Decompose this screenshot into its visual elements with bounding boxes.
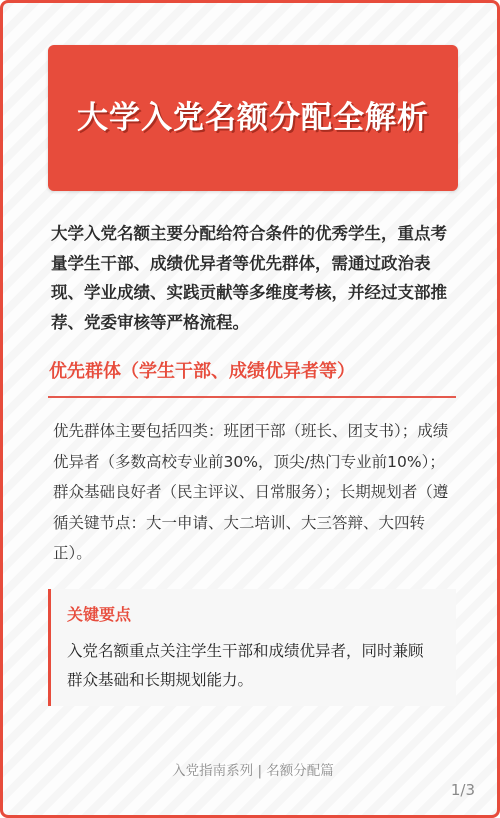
page-indicator: 1/3 <box>451 781 475 799</box>
section-divider <box>48 396 456 398</box>
page-title: 大学入党名额分配全解析 <box>63 93 443 143</box>
title-banner: 大学入党名额分配全解析 <box>48 45 458 191</box>
key-points-title: 关键要点 <box>67 603 438 627</box>
intro-paragraph: 大学入党名额主要分配给符合条件的优秀学生，重点考量学生干部、成绩优异者等优先群体… <box>51 219 459 337</box>
section-heading: 优先群体（学生干部、成绩优异者等） <box>49 359 457 385</box>
footer-series-label: 入党指南系列 | 名额分配篇 <box>3 759 500 779</box>
page-frame: 大学入党名额分配全解析 大学入党名额主要分配给符合条件的优秀学生，重点考量学生干… <box>0 0 500 818</box>
key-points-body: 入党名额重点关注学生干部和成绩优异者，同时兼顾群众基础和长期规划能力。 <box>67 637 438 695</box>
key-points-card: 关键要点 入党名额重点关注学生干部和成绩优异者，同时兼顾群众基础和长期规划能力。 <box>48 589 456 706</box>
section-body: 优先群体主要包括四类：班团干部（班长、团支书）；成绩优异者（多数高校专业前30%… <box>53 416 457 569</box>
